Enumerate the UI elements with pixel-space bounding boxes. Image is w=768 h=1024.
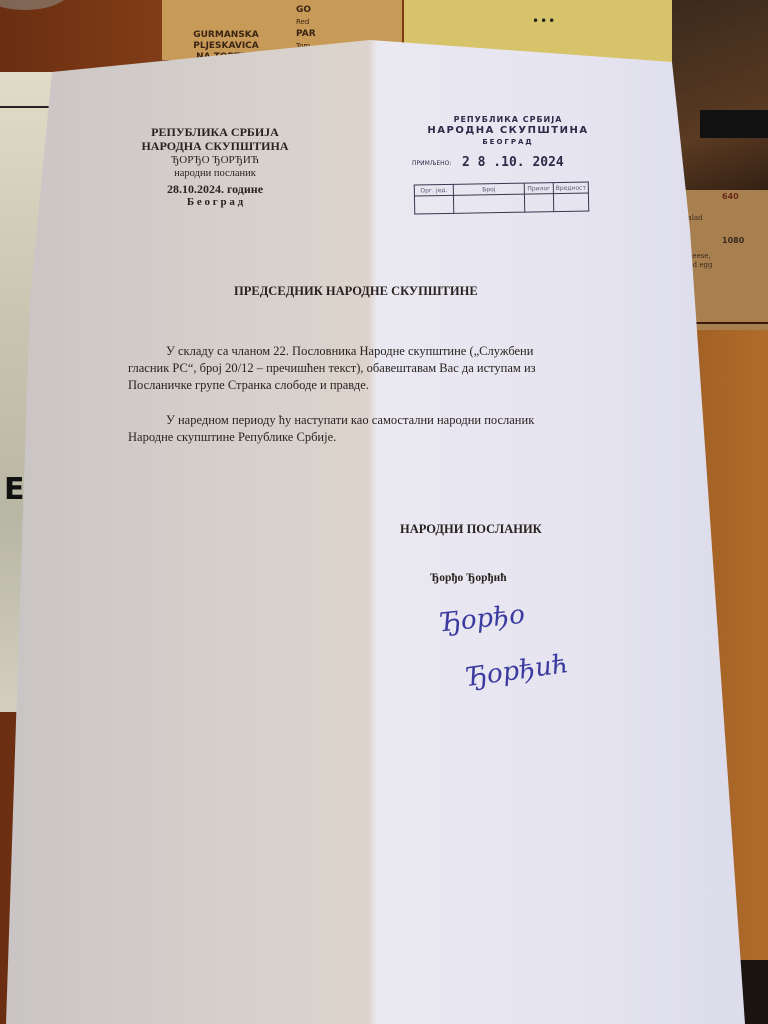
menu-card-line: GURMANSKA [176, 30, 276, 41]
header-mp-name: ЂОРЂО ЂОРЂИЋ [115, 154, 315, 166]
paragraph1-line3: Посланичке групе Странка слободе и правд… [128, 378, 369, 393]
header-date: 28.10.2024. године [115, 182, 315, 197]
stamp-received-date: 2 8 .10. 2024 [462, 155, 564, 170]
menu-card-line: PLJESKAVICA [176, 41, 276, 52]
stamp-city: БЕОГРАД [398, 138, 618, 146]
menu-card-side-line: PAR [296, 28, 316, 40]
stamp-republic: РЕПУБЛИКА СРБИЈА [398, 115, 618, 124]
menu-price: 1080 [722, 236, 744, 245]
addressee: ПРЕДСЕДНИК НАРОДНЕ СКУПШТИНЕ [234, 284, 478, 299]
dark-band [700, 110, 768, 138]
plate-edge [0, 0, 70, 10]
menu-card-side-line: Red [296, 16, 316, 28]
header-assembly: НАРОДНА СКУПШТИНА [115, 139, 315, 154]
letter-document: РЕПУБЛИКА СРБИЈА НАРОДНА СКУПШТИНА ЂОРЂО… [0, 0, 768, 1024]
menu-card-side: GO Red PAR Tom [296, 4, 316, 52]
signatory-name: Ђорђо Ђорђић [430, 572, 507, 584]
signature-line2: Ђорђић [464, 649, 570, 693]
paragraph2-line2: Народне скупштине Републике Србије. [128, 430, 336, 445]
header-mp-role: народни посланик [115, 168, 315, 179]
paragraph1-line1: У складу са чланом 22. Пословника Народн… [166, 344, 533, 359]
registry-col-value: Вредност [553, 182, 588, 194]
menu-price: 640 [722, 192, 739, 201]
registry-cell [414, 195, 453, 214]
registry-col-org: Орг. јед. [414, 184, 453, 196]
dark-card [672, 0, 768, 210]
registry-cell [524, 194, 553, 213]
signature-line1: Ђорђо [439, 600, 527, 639]
registry-col-attachment: Прилог [524, 183, 553, 195]
stamp-received-label: ПРИМЉЕНО: [412, 160, 451, 167]
registry-cell [553, 193, 588, 212]
closing-title: НАРОДНИ ПОСЛАНИК [400, 522, 542, 537]
paragraph1-line2: гласник РС“, број 20/12 – пречишћен текс… [128, 361, 536, 376]
stamp-assembly: НАРОДНА СКУПШТИНА [398, 125, 618, 136]
menu-card-side-line: GO [296, 4, 316, 16]
dots-ornament: ••• [532, 14, 556, 28]
paragraph2-line1: У наредном периоду ћу наступати као само… [166, 413, 534, 428]
registry-table: Орг. јед. Број Прилог Вредност [414, 181, 589, 214]
registry-cell [453, 194, 524, 213]
poster-letter: E [4, 472, 25, 507]
header-city: Б е о г р а д [115, 196, 315, 208]
header-republic: РЕПУБЛИКА СРБИЈА [115, 125, 315, 140]
poster-rule [0, 106, 52, 108]
